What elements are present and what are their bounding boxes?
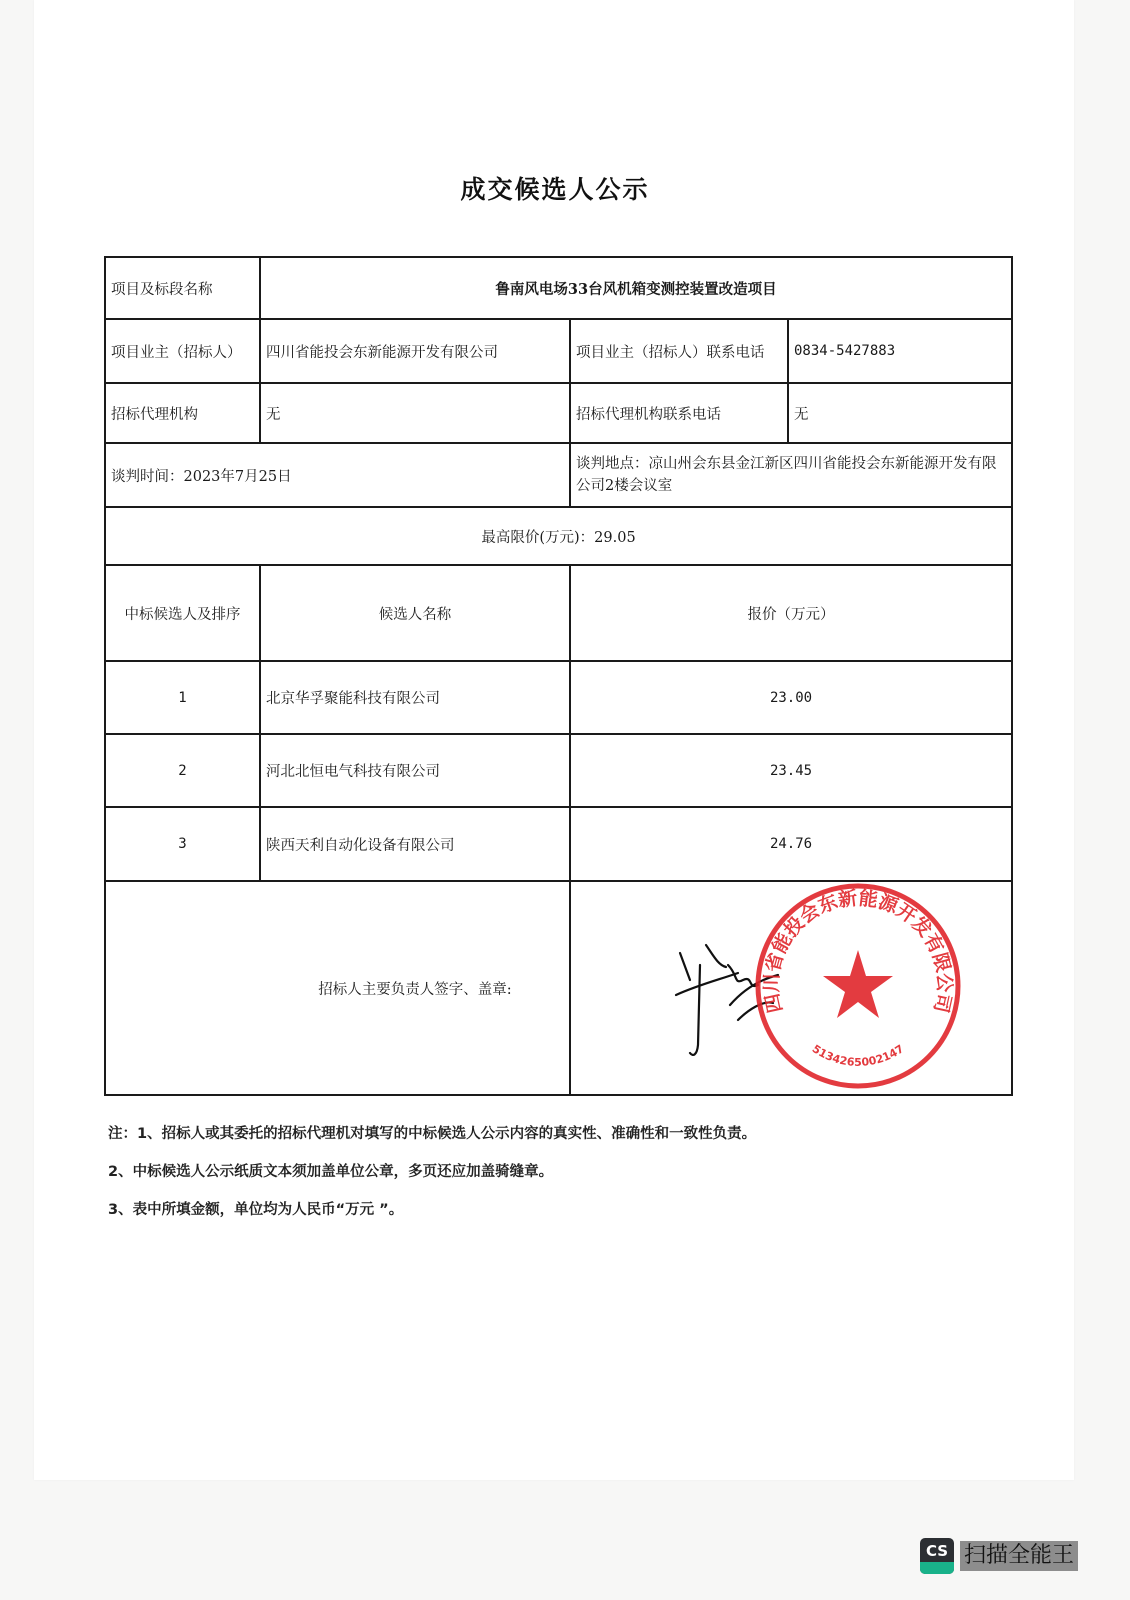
- company-seal-icon: 四川省能投会东新能源开发有限公司 5134265002147: [752, 880, 964, 1092]
- camscanner-logo-icon: CS: [920, 1538, 954, 1574]
- candidate-rank: 2: [105, 734, 260, 807]
- signature-label: 招标人主要负责人签字、盖章:: [105, 881, 570, 1095]
- candidate-rank: 1: [105, 661, 260, 734]
- note-2: 2、中标候选人公示纸质文本须加盖单位公章，多页还应加盖骑缝章。: [108, 1153, 756, 1191]
- document-title: 成交候选人公示: [0, 170, 1110, 206]
- candidate-price: 23.45: [570, 734, 1012, 807]
- note-3: 3、表中所填金额，单位均为人民币“万元 ”。: [108, 1191, 756, 1229]
- negotiation-row: 谈判时间：2023年7月25日 谈判地点：凉山州会东县金江新区四川省能投会东新能…: [105, 443, 1012, 507]
- owner-phone: 0834-5427883: [788, 319, 1012, 383]
- owner-row: 项目业主（招标人） 四川省能投会东新能源开发有限公司 项目业主（招标人）联系电话…: [105, 319, 1012, 383]
- agency-phone-label: 招标代理机构联系电话: [570, 383, 788, 443]
- watermark-app-name: 扫描全能王: [960, 1541, 1078, 1571]
- candidate-price: 23.00: [570, 661, 1012, 734]
- header-rank: 中标候选人及排序: [105, 565, 260, 661]
- svg-text:5134265002147: 5134265002147: [810, 1042, 907, 1069]
- negotiation-place: 谈判地点：凉山州会东县金江新区四川省能投会东新能源开发有限公司2楼会议室: [570, 443, 1012, 507]
- table-row: 3 陕西天利自动化设备有限公司 24.76: [105, 807, 1012, 881]
- candidate-name: 陕西天利自动化设备有限公司: [260, 807, 570, 881]
- header-price: 报价（万元）: [570, 565, 1012, 661]
- header-name: 候选人名称: [260, 565, 570, 661]
- agency-label: 招标代理机构: [105, 383, 260, 443]
- negotiation-time: 谈判时间：2023年7月25日: [105, 443, 570, 507]
- candidate-name: 北京华孚聚能科技有限公司: [260, 661, 570, 734]
- candidate-price: 24.76: [570, 807, 1012, 881]
- agency-row: 招标代理机构 无 招标代理机构联系电话 无: [105, 383, 1012, 443]
- agency-phone-value: 无: [788, 383, 1012, 443]
- note-1: 注：1、招标人或其委托的招标代理机对填写的中标候选人公示内容的真实性、准确性和一…: [108, 1115, 756, 1153]
- max-price: 最高限价(万元)：29.05: [105, 507, 1012, 565]
- candidate-name: 河北北恒电气科技有限公司: [260, 734, 570, 807]
- table-row: 2 河北北恒电气科技有限公司 23.45: [105, 734, 1012, 807]
- candidate-header-row: 中标候选人及排序 候选人名称 报价（万元）: [105, 565, 1012, 661]
- project-name: 鲁南风电场33台风机箱变测控装置改造项目: [260, 257, 1012, 319]
- table-row: 1 北京华孚聚能科技有限公司 23.00: [105, 661, 1012, 734]
- agency-value: 无: [260, 383, 570, 443]
- owner-name: 四川省能投会东新能源开发有限公司: [260, 319, 570, 383]
- notes-section: 注：1、招标人或其委托的招标代理机对填写的中标候选人公示内容的真实性、准确性和一…: [108, 1115, 756, 1229]
- project-label: 项目及标段名称: [105, 257, 260, 319]
- candidate-rank: 3: [105, 807, 260, 881]
- camscanner-watermark: CS 扫描全能王: [920, 1537, 1078, 1575]
- owner-label: 项目业主（招标人）: [105, 319, 260, 383]
- owner-phone-label: 项目业主（招标人）联系电话: [570, 319, 788, 383]
- project-row: 项目及标段名称 鲁南风电场33台风机箱变测控装置改造项目: [105, 257, 1012, 319]
- max-price-row: 最高限价(万元)：29.05: [105, 507, 1012, 565]
